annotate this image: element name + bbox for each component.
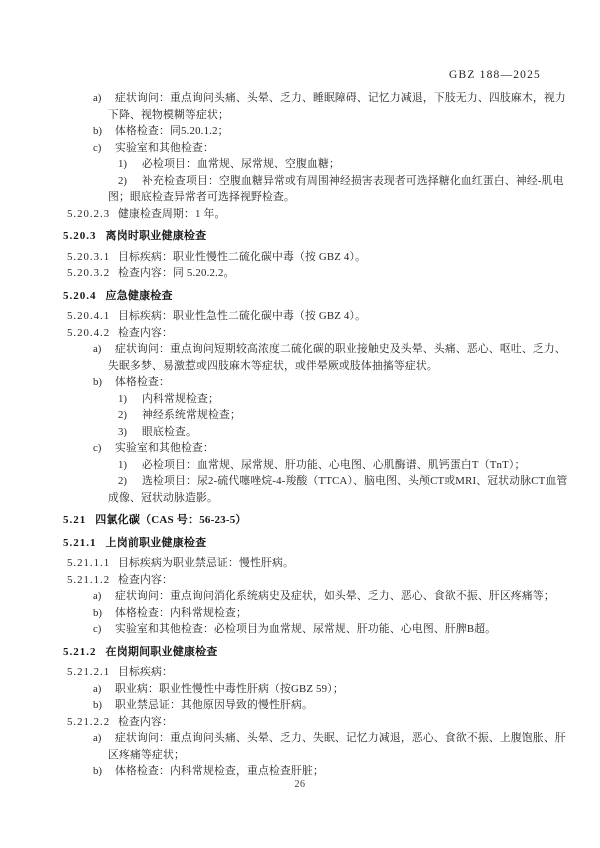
document-line: 5.20.4.1目标疾病：职业性急性二硫化碳中毒（按 GBZ 4）。 [63,308,583,325]
clause-text: 实验室和其他检查： [115,142,214,154]
clause-text: 失眠多梦、易激惹或四肢麻木等症状，或伴晕厥或肢体抽搐等症状。 [108,360,438,372]
clause-text: 必检项目：血常规、尿常规、空腹血糖； [142,158,340,170]
document-body: a)症状询问：重点询问头痛、头晕、乏力、睡眠障碍、记忆力减退，下肢无力、四肢麻木… [63,90,583,780]
clause-text: 神经系统常规检查； [142,409,241,421]
clause-number: 5.20.2.3 [67,206,116,223]
document-line: 2)神经系统常规检查； [63,407,583,424]
clause-text: 体格检查：同5.20.1.2； [115,125,229,137]
document-line: 5.21.2.2检查内容： [63,714,583,731]
clause-text: 体格检查： [115,376,170,388]
document-line: 5.21.1.1目标疾病为职业禁忌证：慢性肝病。 [63,555,583,572]
clause-number: 1) [118,457,142,474]
clause-text: 选检项目：尿2-硫代噻唑烷-4-羧酸（TTCA）、脑电图、头颅CT或MRI、冠状… [142,475,567,487]
clause-text: 检查内容： [118,716,173,728]
clause-number: 2) [118,173,142,190]
document-line: 区疼痛等症状； [63,747,583,764]
clause-number: 5.20.3.1 [67,249,116,266]
clause-text: 检查内容： [118,327,173,339]
document-line: 3)眼底检查。 [63,424,583,441]
clause-text: 下降、视物模糊等症状； [108,109,229,121]
clause-number: c) [93,440,115,457]
document-line: c)实验室和其他检查： [63,140,583,157]
document-line: b)体格检查：内科常规检查； [63,605,583,622]
section-heading: 5.21.2在岗期间职业健康检查 [63,644,583,661]
clause-text: 症状询问：重点询问短期较高浓度二硫化碳的职业接触史及头晕、头痛、恶心、呕吐、乏力… [115,343,566,355]
clause-number: 5.20.4.1 [67,308,116,325]
clause-number: c) [93,621,115,638]
clause-number: 5.20.3.2 [67,265,116,282]
document-line: b)体格检查： [63,374,583,391]
clause-text: 症状询问：重点询问头痛、头晕、乏力、失眠、记忆力减退，恶心、食欲不振、上腹饱胀、… [115,732,566,744]
clause-text: 体格检查：内科常规检查，重点检查肝脏； [115,765,324,777]
clause-text: 四氯化碳（CAS 号：56-23-5） [95,514,246,526]
clause-text: 必检项目：血常规、尿常规、肝功能、心电图、心肌酶谱、肌钙蛋白T（TnT）； [142,459,525,471]
clause-number: 5.21.1.2 [67,572,116,589]
clause-number: a) [93,341,115,358]
clause-number: 5.21.2 [63,646,97,658]
document-line: 1)必检项目：血常规、尿常规、空腹血糖； [63,156,583,173]
clause-number: 5.21.2.1 [67,664,116,681]
clause-number: 2) [118,407,142,424]
document-line: a)职业病：职业性慢性中毒性肝病（按GBZ 59）； [63,681,583,698]
document-line: b)体格检查：同5.20.1.2； [63,123,583,140]
document-line: 1)内科常规检查； [63,391,583,408]
clause-number: a) [93,90,115,107]
section-heading: 5.21四氯化碳（CAS 号：56-23-5） [63,512,583,529]
clause-number: b) [93,763,115,780]
clause-text: 区疼痛等症状； [108,749,185,761]
clause-text: 检查内容： [118,574,173,586]
document-line: a)症状询问：重点询问头痛、头晕、乏力、失眠、记忆力减退，恶心、食欲不振、上腹饱… [63,730,583,747]
document-line: c)实验室和其他检查：必检项目为血常规、尿常规、肝功能、心电图、肝脾B超。 [63,621,583,638]
clause-number: 5.21 [63,514,86,526]
clause-text: 症状询问：重点询问消化系统病史及症状，如头晕、乏力、恶心、食欲不振、肝区疼痛等； [115,590,555,602]
clause-text: 离岗时职业健康检查 [106,230,207,242]
clause-number: 5.20.4 [63,290,97,302]
document-line: c)实验室和其他检查： [63,440,583,457]
document-page: GBZ 188—2025 a)症状询问：重点询问头痛、头晕、乏力、睡眠障碍、记忆… [0,0,600,848]
clause-text: 实验室和其他检查： [115,442,214,454]
clause-number: 5.21.2.2 [67,714,116,731]
clause-text: 实验室和其他检查：必检项目为血常规、尿常规、肝功能、心电图、肝脾B超。 [115,623,496,635]
document-line: 5.20.2.3健康检查周期：1 年。 [63,206,583,223]
document-line: a)症状询问：重点询问短期较高浓度二硫化碳的职业接触史及头晕、头痛、恶心、呕吐、… [63,341,583,358]
clause-text: 补充检查项目：空腹血糖异常或有周围神经损害表现者可选择糖化血红蛋白、神经-肌电 [142,175,564,187]
clause-text: 目标疾病： [118,666,173,678]
clause-number: 5.21.1 [63,537,97,549]
document-line: 5.20.4.2检查内容： [63,325,583,342]
document-line: 5.20.3.2检查内容：同 5.20.2.2。 [63,265,583,282]
clause-text: 体格检查：内科常规检查； [115,607,247,619]
section-heading: 5.20.3离岗时职业健康检查 [63,228,583,245]
clause-text: 目标疾病为职业禁忌证：慢性肝病。 [118,557,294,569]
clause-number: b) [93,605,115,622]
document-line: b)职业禁忌证：其他原因导致的慢性肝病。 [63,697,583,714]
clause-number: 5.20.3 [63,230,97,242]
clause-text: 症状询问：重点询问头痛、头晕、乏力、睡眠障碍、记忆力减退，下肢无力、四肢麻木，视… [115,92,566,104]
clause-number: b) [93,374,115,391]
clause-text: 目标疾病：职业性慢性二硫化碳中毒（按 GBZ 4）。 [118,251,366,263]
document-line: a)症状询问：重点询问消化系统病史及症状，如头晕、乏力、恶心、食欲不振、肝区疼痛… [63,588,583,605]
clause-text: 应急健康检查 [106,290,173,302]
document-line: a)症状询问：重点询问头痛、头晕、乏力、睡眠障碍、记忆力减退，下肢无力、四肢麻木… [63,90,583,107]
clause-text: 图；眼底检查异常者可选择视野检查。 [108,191,295,203]
document-line: 下降、视物模糊等症状； [63,107,583,124]
document-line: 2)选检项目：尿2-硫代噻唑烷-4-羧酸（TTCA）、脑电图、头颅CT或MRI、… [63,473,583,490]
section-heading: 5.21.1上岗前职业健康检查 [63,535,583,552]
section-heading: 5.20.4应急健康检查 [63,288,583,305]
clause-text: 在岗期间职业健康检查 [106,646,218,658]
clause-number: b) [93,697,115,714]
document-line: 5.20.3.1目标疾病：职业性慢性二硫化碳中毒（按 GBZ 4）。 [63,249,583,266]
document-line: 图；眼底检查异常者可选择视野检查。 [63,189,583,206]
clause-number: 5.21.1.1 [67,555,116,572]
clause-text: 上岗前职业健康检查 [106,537,207,549]
clause-number: 5.20.4.2 [67,325,116,342]
clause-number: a) [93,588,115,605]
document-line: 2)补充检查项目：空腹血糖异常或有周围神经损害表现者可选择糖化血红蛋白、神经-肌… [63,173,583,190]
clause-text: 检查内容：同 5.20.2.2。 [118,267,235,279]
document-line: 成像、冠状动脉造影。 [63,490,583,507]
clause-text: 健康检查周期：1 年。 [118,208,225,220]
document-line: b)体格检查：内科常规检查，重点检查肝脏； [63,763,583,780]
clause-number: 3) [118,424,142,441]
clause-text: 内科常规检查； [142,393,219,405]
page-number: 26 [0,779,600,790]
document-line: 5.21.1.2检查内容： [63,572,583,589]
clause-number: a) [93,681,115,698]
clause-text: 目标疾病：职业性急性二硫化碳中毒（按 GBZ 4）。 [118,310,366,322]
document-line: 失眠多梦、易激惹或四肢麻木等症状，或伴晕厥或肢体抽搐等症状。 [63,358,583,375]
clause-number: 1) [118,156,142,173]
document-line: 5.21.2.1目标疾病： [63,664,583,681]
clause-text: 职业病：职业性慢性中毒性肝病（按GBZ 59）； [115,683,344,695]
clause-number: 1) [118,391,142,408]
clause-text: 职业禁忌证：其他原因导致的慢性肝病。 [115,699,313,711]
document-line: 1)必检项目：血常规、尿常规、肝功能、心电图、心肌酶谱、肌钙蛋白T（TnT）； [63,457,583,474]
clause-number: 2) [118,473,142,490]
clause-number: a) [93,730,115,747]
clause-number: c) [93,140,115,157]
clause-text: 成像、冠状动脉造影。 [108,492,218,504]
clause-text: 眼底检查。 [142,426,197,438]
clause-number: b) [93,123,115,140]
standard-number-header: GBZ 188—2025 [449,69,541,81]
